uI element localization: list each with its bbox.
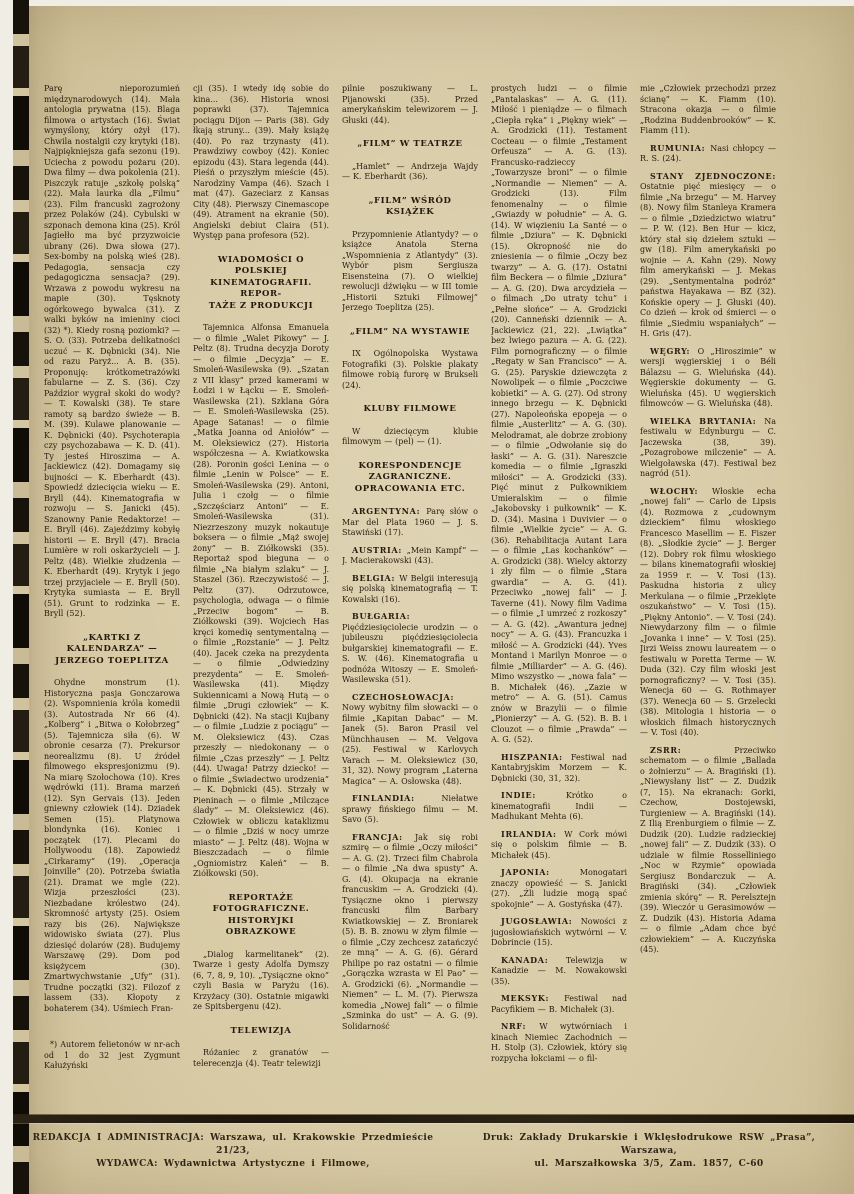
index-paragraph: „Hamlet” — Andrzeja Wajdy — K. Eberhardt… — [342, 162, 478, 183]
imprint-printer-line2: ul. Marszałkowska 3/5, Zam. 1857, C-60 — [454, 1158, 844, 1171]
column-4: prostych ludzi — o filmie „Pantalaskas” … — [491, 84, 627, 1138]
country-entry: ZSRR: Przeciwko schematom — o filmie „Ba… — [640, 745, 776, 956]
country-name: AUSTRIA: — [352, 545, 407, 555]
country-entry: WŁOCHY: Włoskie echa „nowej fali” — Carl… — [640, 486, 776, 739]
country-entry: WĘGRY: O „Hiroszimie” w wersji węgierski… — [640, 346, 776, 410]
index-paragraph: cji (35). I wtedy idę sobie do kina... (… — [193, 84, 329, 242]
author-footnote: *) Autorem felietonów w nr-ach od 1 do 3… — [44, 1040, 180, 1072]
country-name: MEKSYK: — [501, 993, 564, 1003]
country-name: WĘGRY: — [650, 346, 698, 356]
country-entry: JAPONIA: Monogatari znaczy opowieść — S.… — [491, 867, 627, 910]
country-entry: MEKSYK: Festiwal nad Pacyfikiem — B. Mic… — [491, 993, 627, 1015]
country-name: BUŁGARIA: — [352, 611, 410, 621]
imprint-editorial-line1: REDAKCJA I ADMINISTRACJA: Warszawa, ul. … — [13, 1132, 453, 1158]
section-heading: WIADOMOŚCI O POLSKIEJKINEMATOGRAFII. REP… — [195, 255, 327, 313]
country-entry: WIELKA BRYTANIA: Na festiwalu w Edynburg… — [640, 416, 776, 480]
imprint-footer: REDAKCJA I ADMINISTRACJA: Warszawa, ul. … — [13, 1132, 854, 1171]
country-entry: STANY ZJEDNOCZONE: Ostatnie pięć miesięc… — [640, 171, 776, 340]
country-name: INDIE: — [501, 790, 566, 800]
country-name: STANY ZJEDNOCZONE: — [650, 171, 776, 181]
country-entry: IRLANDIA: W Cork mówi się o polskim film… — [491, 829, 627, 862]
country-name: FRANCJA: — [352, 832, 415, 842]
country-name: WŁOCHY: — [650, 486, 712, 496]
country-name: IRLANDIA: — [501, 829, 564, 839]
index-paragraph: IX Ogólnopolska Wystawa Fotografiki (3).… — [342, 349, 478, 391]
country-entry: ARGENTYNA: Parę słów o Mar del Plata 196… — [342, 506, 478, 539]
country-entry: RUMUNIA: Nasi chłopcy — R. S. (24). — [640, 143, 776, 165]
index-paragraph: Parę nieporozumień międzynarodowych (14)… — [44, 84, 180, 620]
country-entry: FRANCJA: Jak się robi szmirę — o filmie … — [342, 832, 478, 1033]
index-paragraph: mie „Człowiek przechodzi przez ścianę” —… — [640, 84, 776, 137]
index-paragraph: „Dialog karmelitanek” (2). Twarze i gest… — [193, 950, 329, 1013]
country-name: RUMUNIA: — [650, 143, 710, 153]
index-columns: Parę nieporozumień międzynarodowych (14)… — [44, 84, 776, 1138]
country-entry: NRF: W wytwórniach i kinach Niemiec Zach… — [491, 1021, 627, 1064]
country-name: WIELKA BRYTANIA: — [650, 416, 764, 426]
country-name: JUGOSŁAWIA: — [501, 916, 581, 926]
binding-edge — [0, 0, 29, 1194]
index-paragraph: Ohydne monstrum (1). Historyczna pasja G… — [44, 678, 180, 1014]
country-name: BELGIA: — [352, 573, 399, 583]
index-paragraph: prostych ludzi — o filmie „Pantalaskas” … — [491, 84, 627, 746]
imprint-printer: Druk: Zakłady Drukarskie i Wklęsłodrukow… — [454, 1132, 854, 1171]
section-heading: „FILM” W TEATRZE — [344, 139, 476, 151]
country-name: ZSRR: — [650, 745, 734, 755]
imprint-editorial: REDAKCJA I ADMINISTRACJA: Warszawa, ul. … — [13, 1132, 453, 1171]
country-name: CZECHOSŁOWACJA: — [352, 692, 454, 702]
country-entry: AUSTRIA: „Mein Kampf” — J. Macierakowski… — [342, 545, 478, 567]
index-paragraph: Różaniec z granatów — telerecenzja (4). … — [193, 1048, 329, 1069]
country-name: HISZPANIA: — [501, 752, 571, 762]
index-paragraph: W dziecięcym klubie filmowym — (pel) — (… — [342, 427, 478, 448]
country-entry: BUŁGARIA: Pięćdziesięciolecie urodzin — … — [342, 611, 478, 686]
country-entry: FINLANDIA: Niełatwe sprawy fińskiego fil… — [342, 793, 478, 826]
index-paragraph: Tajemnica Alfonsa Emanuela — o filmie „W… — [193, 323, 329, 880]
country-name: NRF: — [501, 1021, 539, 1031]
country-entry: BELGIA: W Belgii interesują się polską k… — [342, 573, 478, 606]
country-name: ARGENTYNA: — [352, 506, 426, 516]
imprint-printer-line1: Druk: Zakłady Drukarskie i Wklęsłodrukow… — [454, 1132, 844, 1158]
country-entry: INDIE: Krótko o kinematografii Indii — M… — [491, 790, 627, 823]
section-heading: KLUBY FILMOWE — [344, 404, 476, 416]
section-heading: „KARTKI Z KALENDARZA” —JERZEGO TOEPLITZA — [46, 633, 178, 668]
country-entry: KANADA: Telewizja w Kanadzie — M. Nowako… — [491, 955, 627, 988]
column-5: mie „Człowiek przechodzi przez ścianę” —… — [640, 84, 776, 1138]
section-heading: „FILM” NA WYSTAWIE — [344, 327, 476, 339]
section-heading: KORESPONDENCJEZAGRANICZNE.OPRACOWANIA ET… — [344, 461, 476, 496]
column-1: Parę nieporozumień międzynarodowych (14)… — [44, 84, 180, 1138]
magazine-index-scan: { "columns": [ { "blocks": [ { "type": "… — [0, 0, 854, 1194]
footer-rule — [13, 1115, 854, 1123]
country-name: FINLANDIA: — [352, 793, 442, 803]
country-name: KANADA: — [501, 955, 566, 965]
country-entry: HISZPANIA: Festiwal nad Kantabryjskim Mo… — [491, 752, 627, 785]
country-entry: CZECHOSŁOWACJA: Nowy wybitny film słowac… — [342, 692, 478, 788]
section-heading: TELEWIZJA — [195, 1026, 327, 1038]
index-paragraph: Przypomnienie Atlantydy? — o książce Ana… — [342, 230, 478, 314]
index-paragraph: pilnie poszukiwany — L. Pijanowski (35).… — [342, 84, 478, 126]
section-heading: „FILM” WŚRÓD KSIĄŻEK — [344, 196, 476, 219]
column-2: cji (35). I wtedy idę sobie do kina... (… — [193, 84, 329, 1138]
imprint-editorial-line2: WYDAWCA: Wydawnictwa Artystyczne i Filmo… — [13, 1158, 453, 1171]
country-name: JAPONIA: — [501, 867, 580, 877]
country-entry: JUGOSŁAWIA: Nowości z jugosłowiańskich w… — [491, 916, 627, 949]
section-heading: REPORTAŻEFOTOGRAFICZNE.HISTORYJKI OBRAZK… — [195, 893, 327, 939]
column-3: pilnie poszukiwany — L. Pijanowski (35).… — [342, 84, 478, 1138]
